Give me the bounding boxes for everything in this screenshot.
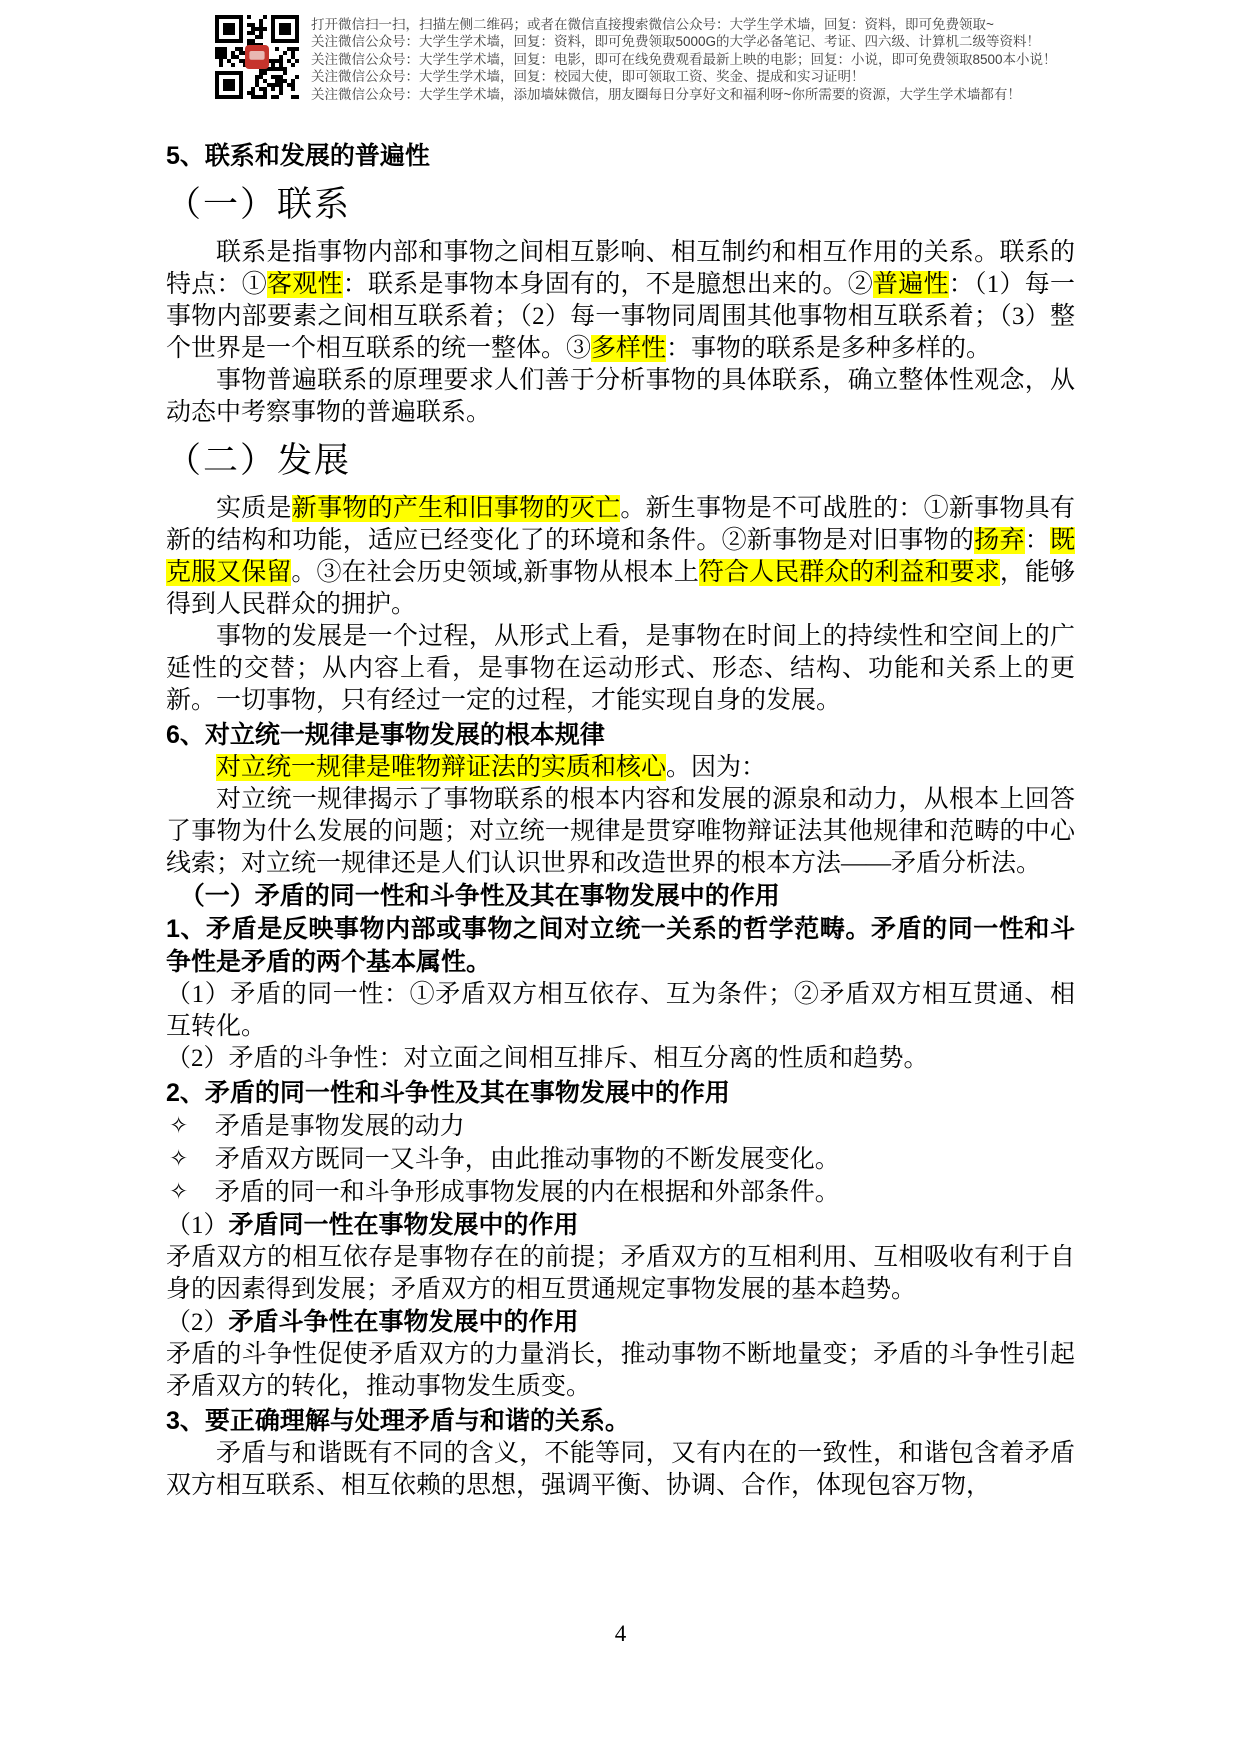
bullet-item: ✧矛盾的同一和斗争形成事物发展的内在根据和外部条件。: [166, 1176, 1075, 1209]
paragraph: （1）矛盾的同一性：①矛盾双方相互依存、互为条件；②矛盾双方相互贯通、相互转化。: [166, 979, 1075, 1043]
promo-line: 关注微信公众号：大学生学术墙，添加墙妹微信，朋友圈每日分享好文和福利呀~你所需要…: [311, 86, 1057, 103]
text-run: 1、矛盾是反映事物内部或事物之间对立统一关系的哲学范畴。矛盾的同一性和斗争性是矛…: [166, 915, 1075, 976]
bullet-item: ✧矛盾双方既同一又斗争，由此推动事物的不断发展变化。: [166, 1143, 1075, 1176]
text-run: 扬弃: [974, 527, 1025, 554]
text-run: 客观性: [267, 271, 343, 298]
text-run: （二）发展: [166, 441, 351, 480]
text-run: 多样性: [591, 335, 666, 362]
section-heading: （一）联系: [166, 182, 1075, 228]
promo-text-lines: 打开微信扫一扫，扫描左侧二维码；或者在微信直接搜索微信公众号：大学生学术墙，回复…: [311, 12, 1057, 103]
paragraph: 实质是新事物的产生和旧事物的灭亡。新生事物是不可战胜的：①新事物具有新的结构和功…: [166, 493, 1075, 621]
text-run: 矛盾双方既同一又斗争，由此推动事物的不断发展变化。: [215, 1146, 840, 1173]
text-run: 普遍性: [873, 271, 949, 298]
document-blocks: 5、联系和发展的普遍性（一）联系联系是指事物内部和事物之间相互影响、相互制约和相…: [166, 138, 1075, 1502]
promo-line: 关注微信公众号：大学生学术墙，回复：资料，即可免费领取5000G的大学必备笔记、…: [311, 33, 1057, 50]
paragraph: 1、矛盾是反映事物内部或事物之间对立统一关系的哲学范畴。矛盾的同一性和斗争性是矛…: [166, 913, 1075, 979]
promo-line: 打开微信扫一扫，扫描左侧二维码；或者在微信直接搜索微信公众号：大学生学术墙，回复…: [311, 16, 1057, 33]
promo-line: 关注微信公众号：大学生学术墙，回复：电影，即可在线免费观看最新上映的电影；回复：…: [311, 51, 1057, 68]
text-run: 实质是: [216, 495, 292, 522]
text-run: （2）: [166, 1309, 229, 1336]
document-page: 打开微信扫一扫，扫描左侧二维码；或者在微信直接搜索微信公众号：大学生学术墙，回复…: [0, 0, 1241, 1754]
section-heading: 5、联系和发展的普遍性: [166, 140, 1075, 173]
text-run: 。因为：: [666, 754, 766, 781]
paragraph: 对立统一规律揭示了事物联系的根本内容和发展的源泉和动力，从根本上回答了事物为什么…: [166, 784, 1075, 880]
text-run: 矛盾的斗争性促使矛盾双方的力量消长，推动事物不断地量变；矛盾的斗争性引起矛盾双方…: [166, 1341, 1075, 1400]
paragraph: 矛盾与和谐既有不同的含义，不能等同，又有内在的一致性，和谐包含着矛盾双方相互联系…: [166, 1438, 1075, 1502]
text-run: ：事物的联系是多种多样的。: [666, 335, 991, 362]
paragraph: （2）矛盾的斗争性：对立面之间相互排斥、相互分离的性质和趋势。: [166, 1043, 1075, 1075]
text-run: 事物普遍联系的原理要求人们善于分析事物的具体联系，确立整体性观念，从动态中考察事…: [166, 367, 1075, 426]
paragraph: （1）矛盾同一性在事物发展中的作用: [166, 1209, 1075, 1242]
text-run: ：: [1025, 527, 1050, 554]
paragraph: 对立统一规律是唯物辩证法的实质和核心。因为：: [166, 752, 1075, 784]
bullet-item: ✧矛盾是事物发展的动力: [166, 1110, 1075, 1143]
text-run: 矛盾的同一和斗争形成事物发展的内在根据和外部条件。: [215, 1179, 840, 1206]
text-run: 对立统一规律是唯物辩证法的实质和核心: [216, 754, 666, 781]
text-run: 矛盾双方的相互依存是事物存在的前提；矛盾双方的互相利用、互相吸收有利于自身的因素…: [166, 1244, 1075, 1303]
text-run: （一）联系: [166, 185, 351, 224]
qr-code-icon: [213, 12, 301, 102]
text-run: （2）矛盾的斗争性：对立面之间相互排斥、相互分离的性质和趋势。: [166, 1045, 929, 1072]
text-run: 符合人民群众的利益和要求: [699, 559, 1000, 586]
text-run: 矛盾斗争性在事物发展中的作用: [229, 1308, 579, 1336]
text-run: 2、矛盾的同一性和斗争性及其在事物发展中的作用: [166, 1079, 730, 1107]
text-run: （1）: [166, 1212, 229, 1239]
text-run: 事物的发展是一个过程，从形式上看，是事物在时间上的持续性和空间上的广延性的交替；…: [166, 623, 1075, 714]
text-run: 5、联系和发展的普遍性: [166, 142, 430, 170]
diamond-bullet-icon: ✧: [169, 1175, 188, 1208]
section-heading: 2、矛盾的同一性和斗争性及其在事物发展中的作用: [166, 1077, 1075, 1110]
text-run: 矛盾同一性在事物发展中的作用: [229, 1211, 579, 1239]
paragraph: 事物普遍联系的原理要求人们善于分析事物的具体联系，确立整体性观念，从动态中考察事…: [166, 365, 1075, 429]
promo-header: 打开微信扫一扫，扫描左侧二维码；或者在微信直接搜索微信公众号：大学生学术墙，回复…: [213, 12, 1057, 103]
text-run: （一）矛盾的同一性和斗争性及其在事物发展中的作用: [180, 882, 780, 910]
paragraph: 事物的发展是一个过程，从形式上看，是事物在时间上的持续性和空间上的广延性的交替；…: [166, 621, 1075, 717]
text-run: 对立统一规律揭示了事物联系的根本内容和发展的源泉和动力，从根本上回答了事物为什么…: [166, 786, 1075, 877]
paragraph: （2）矛盾斗争性在事物发展中的作用: [166, 1306, 1075, 1339]
paragraph: 矛盾的斗争性促使矛盾双方的力量消长，推动事物不断地量变；矛盾的斗争性引起矛盾双方…: [166, 1339, 1075, 1403]
text-run: 6、对立统一规律是事物发展的根本规律: [166, 721, 605, 749]
promo-line: 关注微信公众号：大学生学术墙，回复：校园大使，即可领取工资、奖金、提成和实习证明…: [311, 68, 1057, 85]
text-run: 新事物的产生和旧事物的灭亡: [292, 495, 621, 522]
text-run: 矛盾与和谐既有不同的含义，不能等同，又有内在的一致性，和谐包含着矛盾双方相互联系…: [166, 1440, 1075, 1499]
diamond-bullet-icon: ✧: [169, 1142, 188, 1175]
paragraph: 矛盾双方的相互依存是事物存在的前提；矛盾双方的互相利用、互相吸收有利于自身的因素…: [166, 1242, 1075, 1306]
text-run: ：联系是事物本身固有的，不是臆想出来的。②: [343, 271, 873, 298]
section-heading: （二）发展: [166, 438, 1075, 484]
section-heading: 3、要正确理解与处理矛盾与和谐的关系。: [166, 1405, 1075, 1438]
page-number: 4: [0, 1620, 1241, 1648]
text-run: （1）矛盾的同一性：①矛盾双方相互依存、互为条件；②矛盾双方相互贯通、相互转化。: [166, 981, 1075, 1040]
text-run: 3、要正确理解与处理矛盾与和谐的关系。: [166, 1407, 630, 1435]
paragraph: （一）矛盾的同一性和斗争性及其在事物发展中的作用: [166, 880, 1075, 913]
text-run: 。③在社会历史领域,新事物从根本上: [291, 559, 699, 586]
diamond-bullet-icon: ✧: [169, 1109, 188, 1142]
paragraph: 联系是指事物内部和事物之间相互影响、相互制约和相互作用的关系。联系的特点：①客观…: [166, 237, 1075, 365]
section-heading: 6、对立统一规律是事物发展的根本规律: [166, 719, 1075, 752]
text-run: 矛盾是事物发展的动力: [215, 1113, 465, 1140]
